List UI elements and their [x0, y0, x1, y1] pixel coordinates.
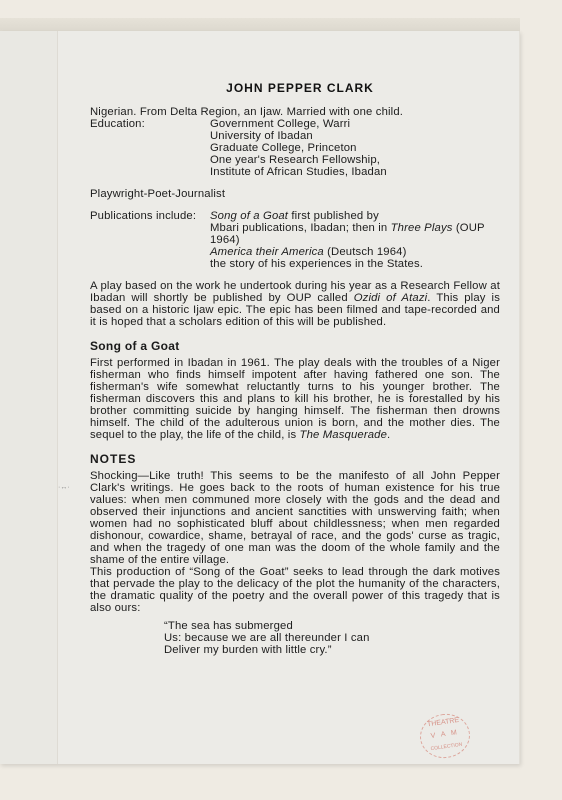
page-shadow	[0, 18, 520, 32]
song-paragraph: First performed in Ibadan in 1961. The p…	[90, 357, 500, 441]
section-heading-song-of-a-goat: Song of a Goat	[90, 340, 500, 352]
notes-paragraph-2: This production of “Song of the Goat” se…	[90, 566, 500, 614]
education-item: Government College, Warri	[210, 118, 387, 130]
publication-title: Song of a Goat	[210, 210, 288, 222]
section-heading-notes: NOTES	[90, 453, 500, 465]
education-block: Education: Government College, Warri Uni…	[90, 118, 500, 178]
bio-intro: Nigerian. From Delta Region, an Ijaw. Ma…	[90, 106, 500, 118]
profession: Playwright-Poet-Journalist	[90, 188, 500, 200]
publication-title: America their America	[210, 246, 324, 258]
education-item: One year's Research Fellowship,	[210, 154, 387, 166]
notes-paragraph-1: Shocking—Like truth! This seems to be th…	[90, 470, 500, 566]
document-content: JOHN PEPPER CLARK Nigerian. From Delta R…	[90, 56, 500, 656]
education-item: University of Ibadan	[210, 130, 387, 142]
education-label: Education:	[90, 118, 210, 178]
poem-line: Deliver my burden with little cry.”	[164, 644, 500, 656]
education-list: Government College, Warri University of …	[210, 118, 387, 178]
publications-label: Publications include:	[90, 210, 210, 270]
page-fold	[57, 31, 58, 764]
education-item: Graduate College, Princeton	[210, 142, 387, 154]
publication-title: Three Plays	[391, 222, 453, 234]
publications-list: Song of a Goat first published by Mbari …	[210, 210, 500, 270]
poem-line: Us: because we are all thereunder I can	[164, 632, 500, 644]
left-flap	[0, 31, 57, 764]
margin-mark: ·↔·	[58, 484, 70, 491]
research-paragraph: A play based on the work he undertook du…	[90, 280, 500, 328]
education-item: Institute of African Studies, Ibadan	[210, 166, 387, 178]
publications-block: Publications include: Song of a Goat fir…	[90, 210, 500, 270]
page-title: JOHN PEPPER CLARK	[90, 82, 500, 94]
poem-quote: “The sea has submerged Us: because we ar…	[164, 620, 500, 656]
poem-line: “The sea has submerged	[164, 620, 500, 632]
